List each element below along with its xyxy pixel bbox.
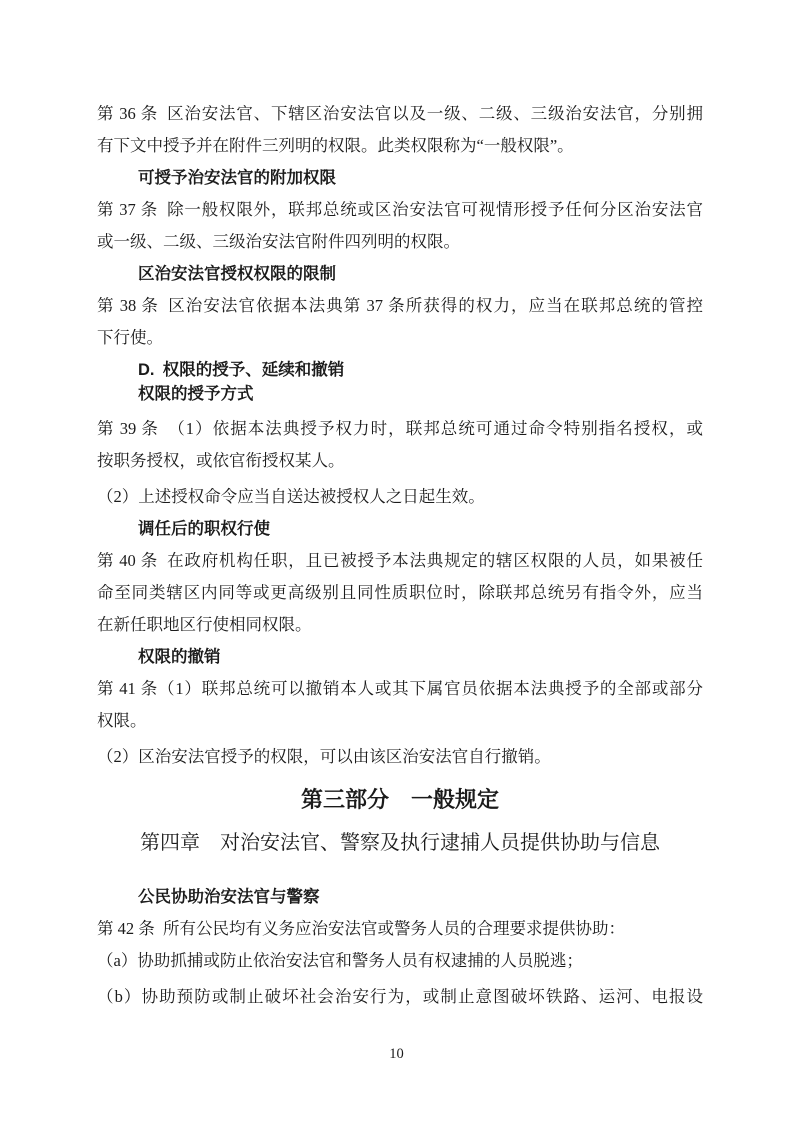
page-number: 10: [0, 1045, 793, 1063]
text-line: 或一级、二级、三级治安法官附件四列明的权限。: [97, 226, 703, 258]
text-line: 按职务授权，或依官衔授权某人。: [97, 445, 703, 477]
text-line: （2）上述授权命令应当自送达被授权人之日起生效。: [97, 481, 703, 513]
paragraph-item-b: （b）协助预防或制止破坏社会治安行为，或制止意图破坏铁路、运河、电报设: [97, 981, 703, 1013]
heading-additional-powers: 可授予治安法官的附加权限: [97, 162, 703, 194]
text-line: 下行使。: [97, 322, 703, 354]
text-line: 第 42 条 所有公民均有义务应治安法官或警务人员的合理要求提供协助：: [97, 913, 703, 945]
part-three-title: 第三部分 一般规定: [97, 782, 703, 818]
heading-withdrawal-of-powers: 权限的撤销: [97, 641, 703, 673]
text-line: （b）协助预防或制止破坏社会治安行为，或制止意图破坏铁路、运河、电报设: [97, 981, 703, 1013]
text-line: 第 38 条 区治安法官依据本法典第 37 条所获得的权力，应当在联邦总统的管控: [97, 290, 703, 322]
text-line: 权限。: [97, 705, 703, 737]
text-line: 第 37 条 除一般权限外，联邦总统或区治安法官可视情形授予任何分区治安法官: [97, 194, 703, 226]
document-page: 第 36 条 区治安法官、下辖区治安法官以及一级、二级、三级治安法官，分别拥 有…: [0, 0, 793, 1122]
chapter-four-title: 第四章 对治安法官、警察及执行逮捕人员提供协助与信息: [97, 826, 703, 860]
paragraph-article-40: 第 40 条 在政府机构任职，且已被授予本法典规定的辖区权限的人员，如果被任 命…: [97, 545, 703, 641]
document-body: 第 36 条 区治安法官、下辖区治安法官以及一级、二级、三级治安法官，分别拥 有…: [97, 98, 703, 1013]
text-line: 第 36 条 区治安法官、下辖区治安法官以及一级、二级、三级治安法官，分别拥: [97, 98, 703, 130]
paragraph-article-39: 第 39 条 （1）依据本法典授予权力时，联邦总统可通过命令特别指名授权，或 按…: [97, 413, 703, 477]
text-line: （a）协助抓捕或防止依治安法官和警务人员有权逮捕的人员脱逃；: [97, 945, 703, 977]
paragraph-article-41: 第 41 条（1）联邦总统可以撤销本人或其下属官员依据本法典授予的全部或部分 权…: [97, 673, 703, 737]
text-line: 命至同类辖区内同等或更高级别且同性质职位时，除联邦总统另有指令外，应当: [97, 577, 703, 609]
text-line: （2）区治安法官授予的权限，可以由该区治安法官自行撤销。: [97, 741, 703, 773]
paragraph-item-a: （a）协助抓捕或防止依治安法官和警务人员有权逮捕的人员脱逃；: [97, 945, 703, 977]
text-line: 第 39 条 （1）依据本法典授予权力时，联邦总统可通过命令特别指名授权，或: [97, 413, 703, 445]
text-line: 有下文中授予并在附件三列明的权限。此类权限称为“一般权限”。: [97, 130, 703, 162]
heading-powers-after-transfer: 调任后的职权行使: [97, 513, 703, 545]
paragraph-article-41-clause-2: （2）区治安法官授予的权限，可以由该区治安法官自行撤销。: [97, 741, 703, 773]
heading-delegation-limits: 区治安法官授权权限的限制: [97, 258, 703, 290]
paragraph-article-37: 第 37 条 除一般权限外，联邦总统或区治安法官可视情形授予任何分区治安法官 或…: [97, 194, 703, 258]
paragraph-article-38: 第 38 条 区治安法官依据本法典第 37 条所获得的权力，应当在联邦总统的管控…: [97, 290, 703, 354]
heading-conferment-mode: 权限的授予方式: [97, 378, 703, 410]
text-line: 第 41 条（1）联邦总统可以撤销本人或其下属官员依据本法典授予的全部或部分: [97, 673, 703, 705]
paragraph-article-42: 第 42 条 所有公民均有义务应治安法官或警务人员的合理要求提供协助：: [97, 913, 703, 945]
heading-public-aid: 公民协助治安法官与警察: [97, 881, 703, 913]
text-line: 在新任职地区行使相同权限。: [97, 609, 703, 641]
paragraph-article-36: 第 36 条 区治安法官、下辖区治安法官以及一级、二级、三级治安法官，分别拥 有…: [97, 98, 703, 162]
paragraph-article-39-clause-2: （2）上述授权命令应当自送达被授权人之日起生效。: [97, 481, 703, 513]
text-line: 第 40 条 在政府机构任职，且已被授予本法典规定的辖区权限的人员，如果被任: [97, 545, 703, 577]
